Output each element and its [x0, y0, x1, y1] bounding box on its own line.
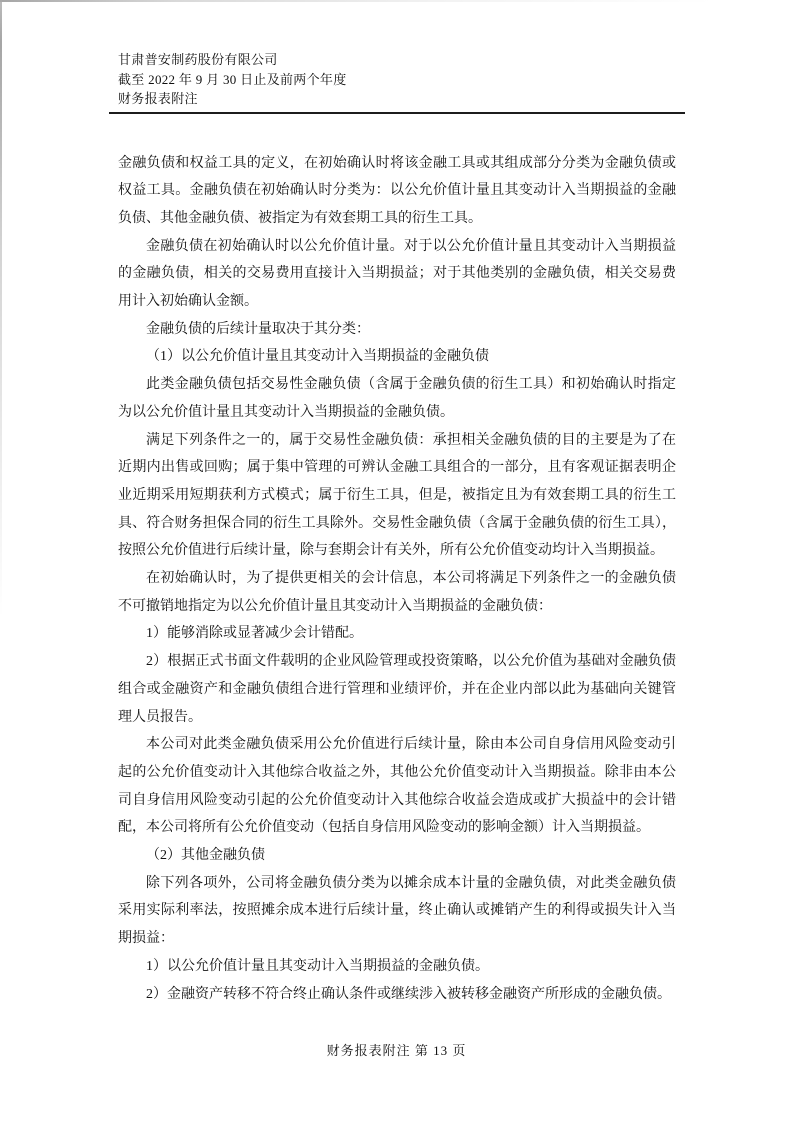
- page-edge-artifact-top: [0, 0, 793, 2]
- paragraph: 金融负债的后续计量取决于其分类：: [118, 316, 676, 344]
- paragraph: 1）能够消除或显著减少会计错配。: [118, 620, 676, 648]
- paragraph: 1）以公允价值计量且其变动计入当期损益的金融负债。: [118, 953, 676, 981]
- header-divider: [109, 112, 685, 114]
- paragraph: 此类金融负债包括交易性金融负债（含属于金融负债的衍生工具）和初始确认时指定为以公…: [118, 371, 676, 426]
- page-content: 甘肃普安制药股份有限公司 截至 2022 年 9 月 30 日止及前两个年度 财…: [118, 50, 676, 1008]
- paragraph: 金融负债在初始确认时以公允价值计量。对于以公允价值计量且其变动计入当期损益的金融…: [118, 233, 676, 316]
- page-footer-label: 财务报表附注 第 13 页: [0, 1040, 793, 1059]
- paragraph: 金融负债和权益工具的定义，在初始确认时将该金融工具或其组成部分分类为金融负债或权…: [118, 150, 676, 233]
- document-body: 金融负债和权益工具的定义，在初始确认时将该金融工具或其组成部分分类为金融负债或权…: [118, 150, 676, 1009]
- paragraph: 除下列各项外，公司将金融负债分类为以摊余成本计量的金融负债，对此类金融负债采用实…: [118, 870, 676, 953]
- paragraph: 本公司对此类金融负债采用公允价值进行后续计量，除由本公司自身信用风险变动引起的公…: [118, 731, 676, 842]
- paragraph: 2）根据正式书面文件载明的企业风险管理或投资策略，以公允价值为基础对金融负债组合…: [118, 648, 676, 731]
- paragraph: 在初始确认时，为了提供更相关的会计信息，本公司将满足下列条件之一的金融负债不可撤…: [118, 565, 676, 620]
- page-edge-artifact-left: [0, 0, 2, 617]
- paragraph: （1）以公允价值计量且其变动计入当期损益的金融负债: [118, 343, 676, 371]
- page-header: 甘肃普安制药股份有限公司 截至 2022 年 9 月 30 日止及前两个年度 财…: [118, 50, 676, 114]
- company-name: 甘肃普安制药股份有限公司: [118, 50, 676, 70]
- document-page: 甘肃普安制药股份有限公司 截至 2022 年 9 月 30 日止及前两个年度 财…: [0, 0, 793, 1122]
- report-period: 截至 2022 年 9 月 30 日止及前两个年度: [118, 70, 676, 90]
- paragraph: 2）金融资产转移不符合终止确认条件或继续涉入被转移金融资产所形成的金融负债。: [118, 981, 676, 1009]
- paragraph: 满足下列条件之一的，属于交易性金融负债：承担相关金融负债的目的主要是为了在近期内…: [118, 427, 676, 566]
- document-title: 财务报表附注: [118, 89, 676, 109]
- paragraph: （2）其他金融负债: [118, 842, 676, 870]
